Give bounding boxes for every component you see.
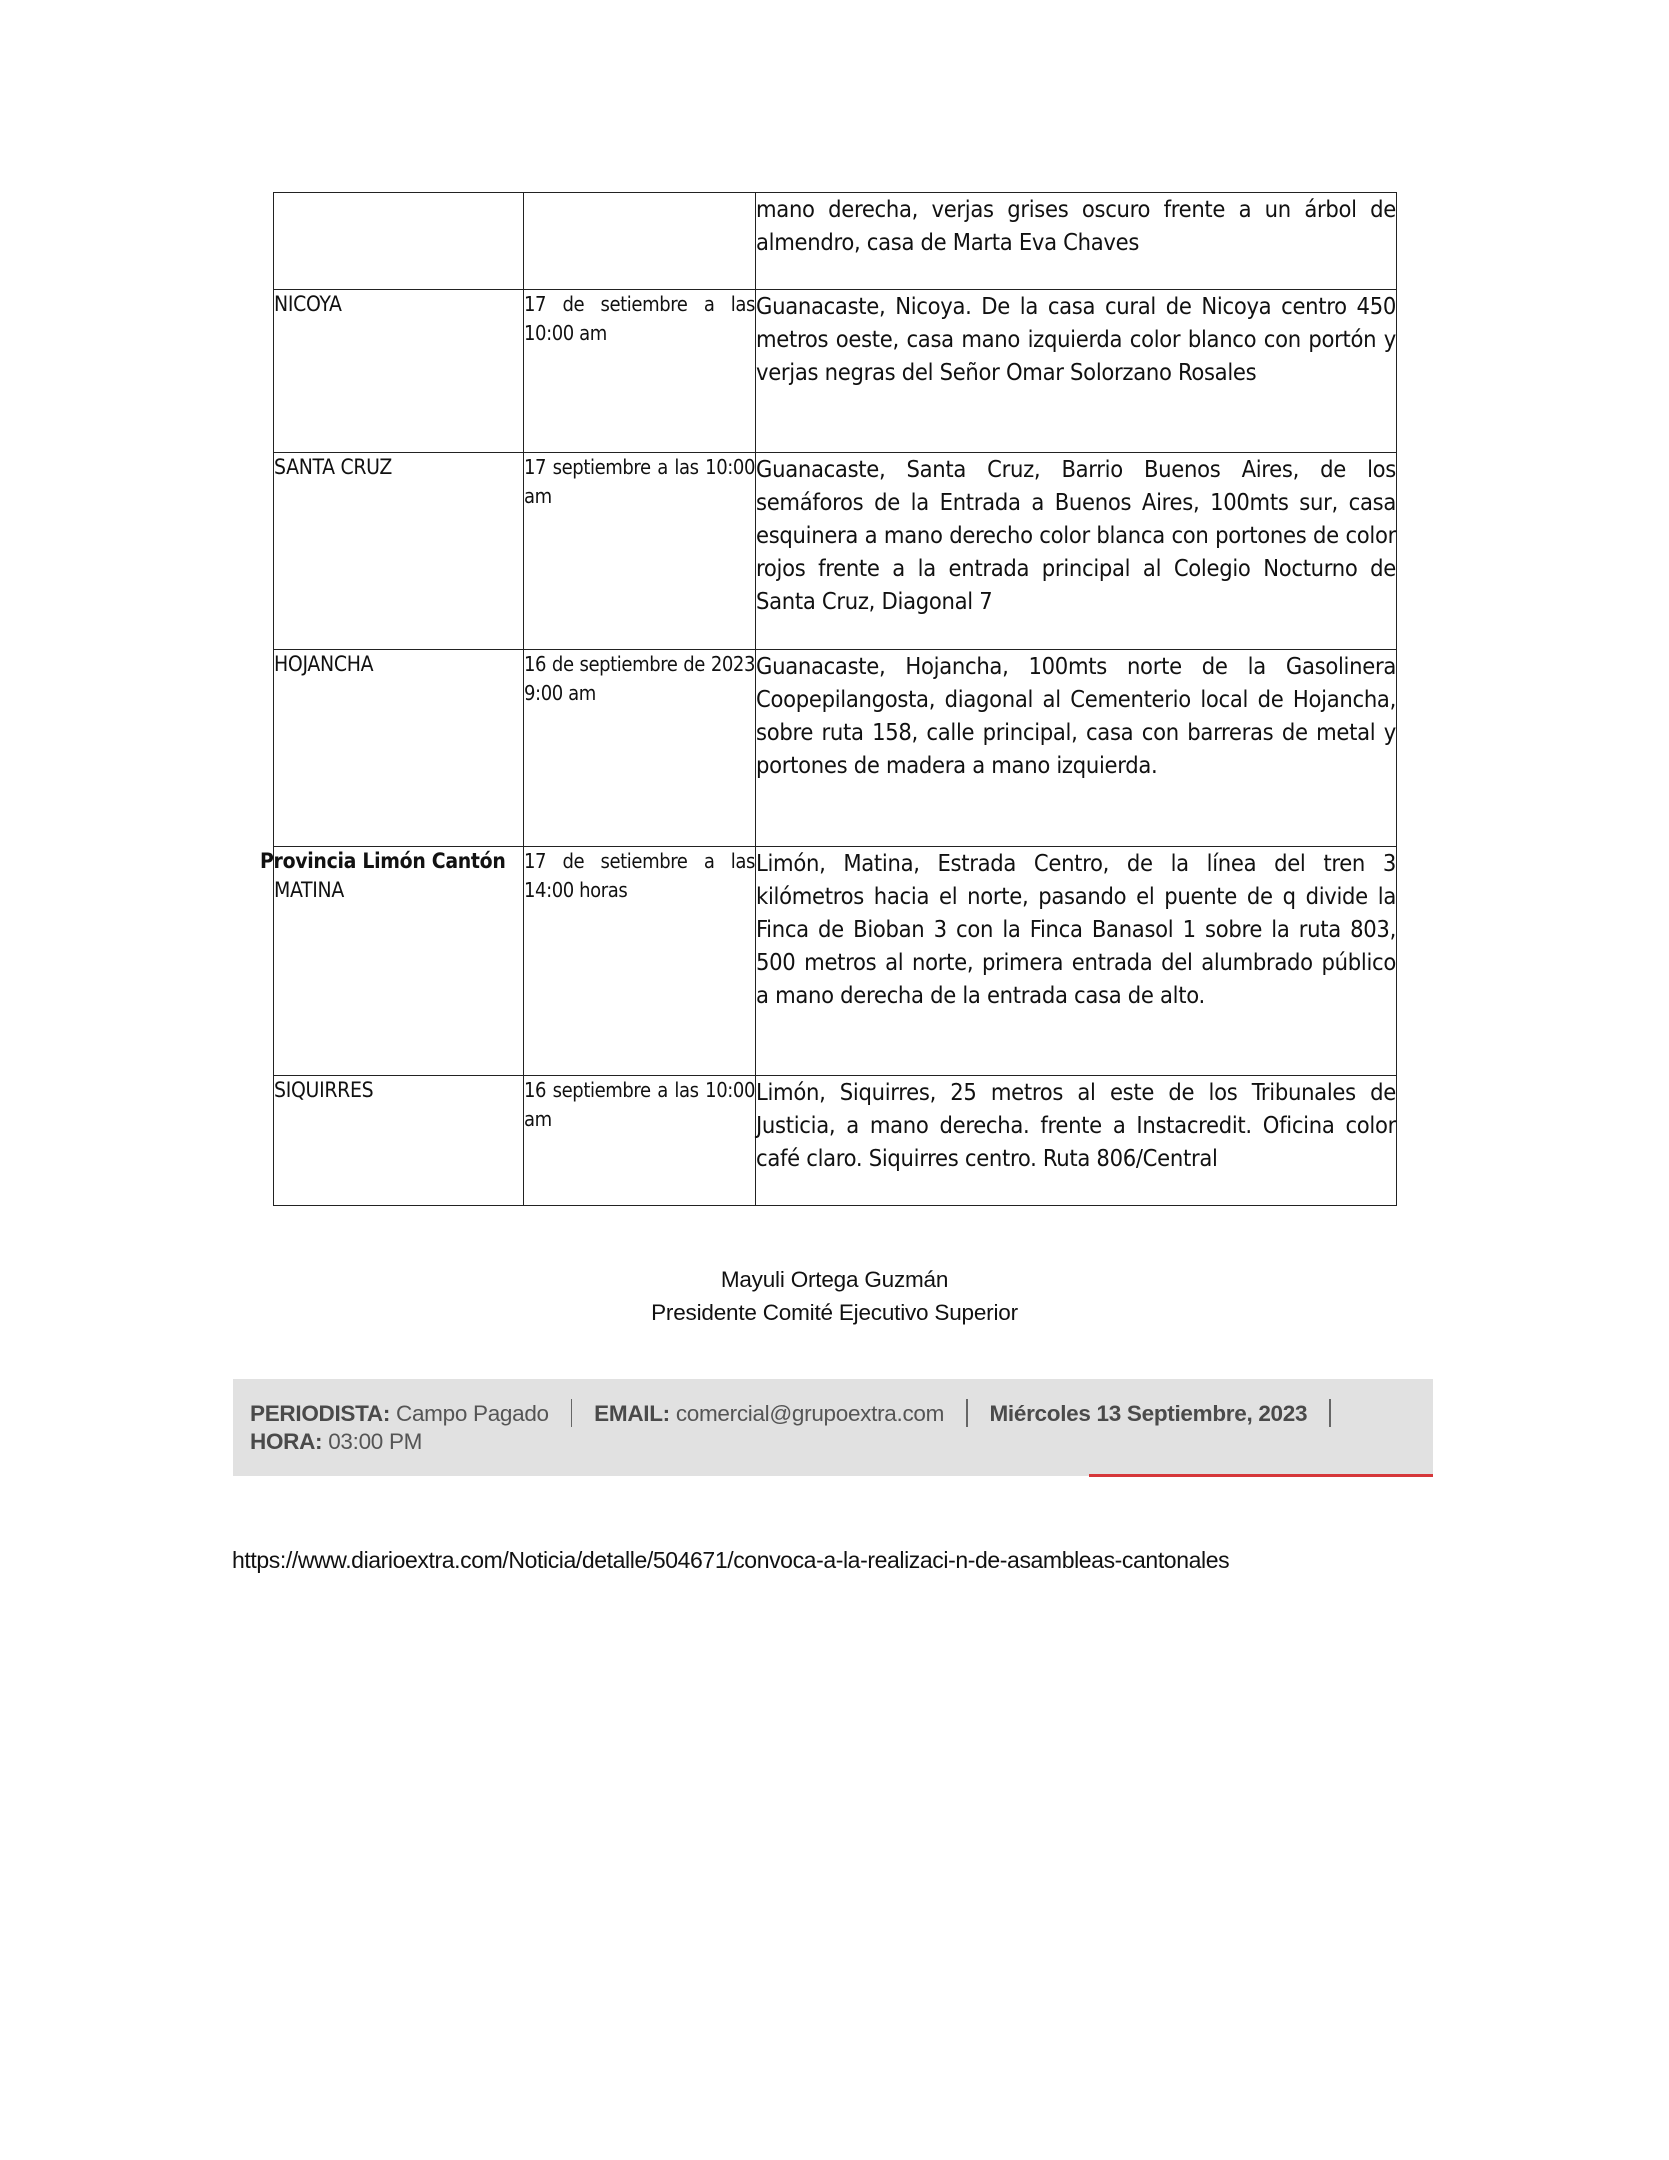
journalist-label: PERIODISTA:	[250, 1401, 390, 1426]
canton-cell: HOJANCHA	[274, 650, 524, 847]
date-cell: 17 septiembre a las 10:00 am	[524, 453, 756, 650]
email-label: EMAIL:	[594, 1401, 670, 1426]
canton-cell: Provincia Limón CantónMATINA	[274, 847, 524, 1076]
divider	[1329, 1399, 1331, 1427]
signatory-title: Presidente Comité Ejecutivo Superior	[0, 1296, 1669, 1329]
table-row: HOJANCHA 16 de septiembre de 2023 9:00 a…	[274, 650, 1397, 847]
date-cell: 17 de setiembre a las 10:00 am	[524, 290, 756, 453]
canton-cell: SIQUIRRES	[274, 1076, 524, 1206]
signature-block: Mayuli Ortega Guzmán Presidente Comité E…	[0, 1263, 1669, 1329]
canton-cell: SANTA CRUZ	[274, 453, 524, 650]
canton-cell	[274, 193, 524, 290]
divider	[571, 1399, 573, 1427]
date-cell	[524, 193, 756, 290]
table-row: Provincia Limón CantónMATINA 17 de setie…	[274, 847, 1397, 1076]
publish-date: Miércoles 13 Septiembre, 2023	[989, 1401, 1307, 1426]
article-meta-bar: PERIODISTA: Campo Pagado EMAIL: comercia…	[233, 1379, 1433, 1476]
source-url[interactable]: https://www.diarioextra.com/Noticia/deta…	[232, 1547, 1229, 1574]
assemblies-table: mano derecha, verjas grises oscuro frent…	[273, 192, 1397, 1206]
province-label: Provincia Limón Cantón	[260, 847, 523, 876]
time-label: HORA:	[250, 1429, 322, 1454]
journalist-value: Campo Pagado	[396, 1401, 549, 1426]
canton-cell: NICOYA	[274, 290, 524, 453]
address-cell: Limón, Matina, Estrada Centro, de la lín…	[756, 847, 1397, 1076]
date-cell: 16 septiembre a las 10:00 am	[524, 1076, 756, 1206]
address-cell: Guanacaste, Nicoya. De la casa cural de …	[756, 290, 1397, 453]
table-row: SIQUIRRES 16 septiembre a las 10:00 am L…	[274, 1076, 1397, 1206]
signatory-name: Mayuli Ortega Guzmán	[0, 1263, 1669, 1296]
table-row: mano derecha, verjas grises oscuro frent…	[274, 193, 1397, 290]
date-cell: 16 de septiembre de 2023 9:00 am	[524, 650, 756, 847]
time-value: 03:00 PM	[328, 1429, 422, 1454]
address-cell: Guanacaste, Hojancha, 100mts norte de la…	[756, 650, 1397, 847]
table-row: NICOYA 17 de setiembre a las 10:00 am Gu…	[274, 290, 1397, 453]
address-cell: Guanacaste, Santa Cruz, Barrio Buenos Ai…	[756, 453, 1397, 650]
date-cell: 17 de setiembre a las 14:00 horas	[524, 847, 756, 1076]
email-value[interactable]: comercial@grupoextra.com	[676, 1401, 944, 1426]
table-row: SANTA CRUZ 17 septiembre a las 10:00 am …	[274, 453, 1397, 650]
address-cell: mano derecha, verjas grises oscuro frent…	[756, 193, 1397, 290]
address-cell: Limón, Siquirres, 25 metros al este de l…	[756, 1076, 1397, 1206]
divider	[966, 1399, 968, 1427]
accent-underline	[1089, 1474, 1433, 1477]
